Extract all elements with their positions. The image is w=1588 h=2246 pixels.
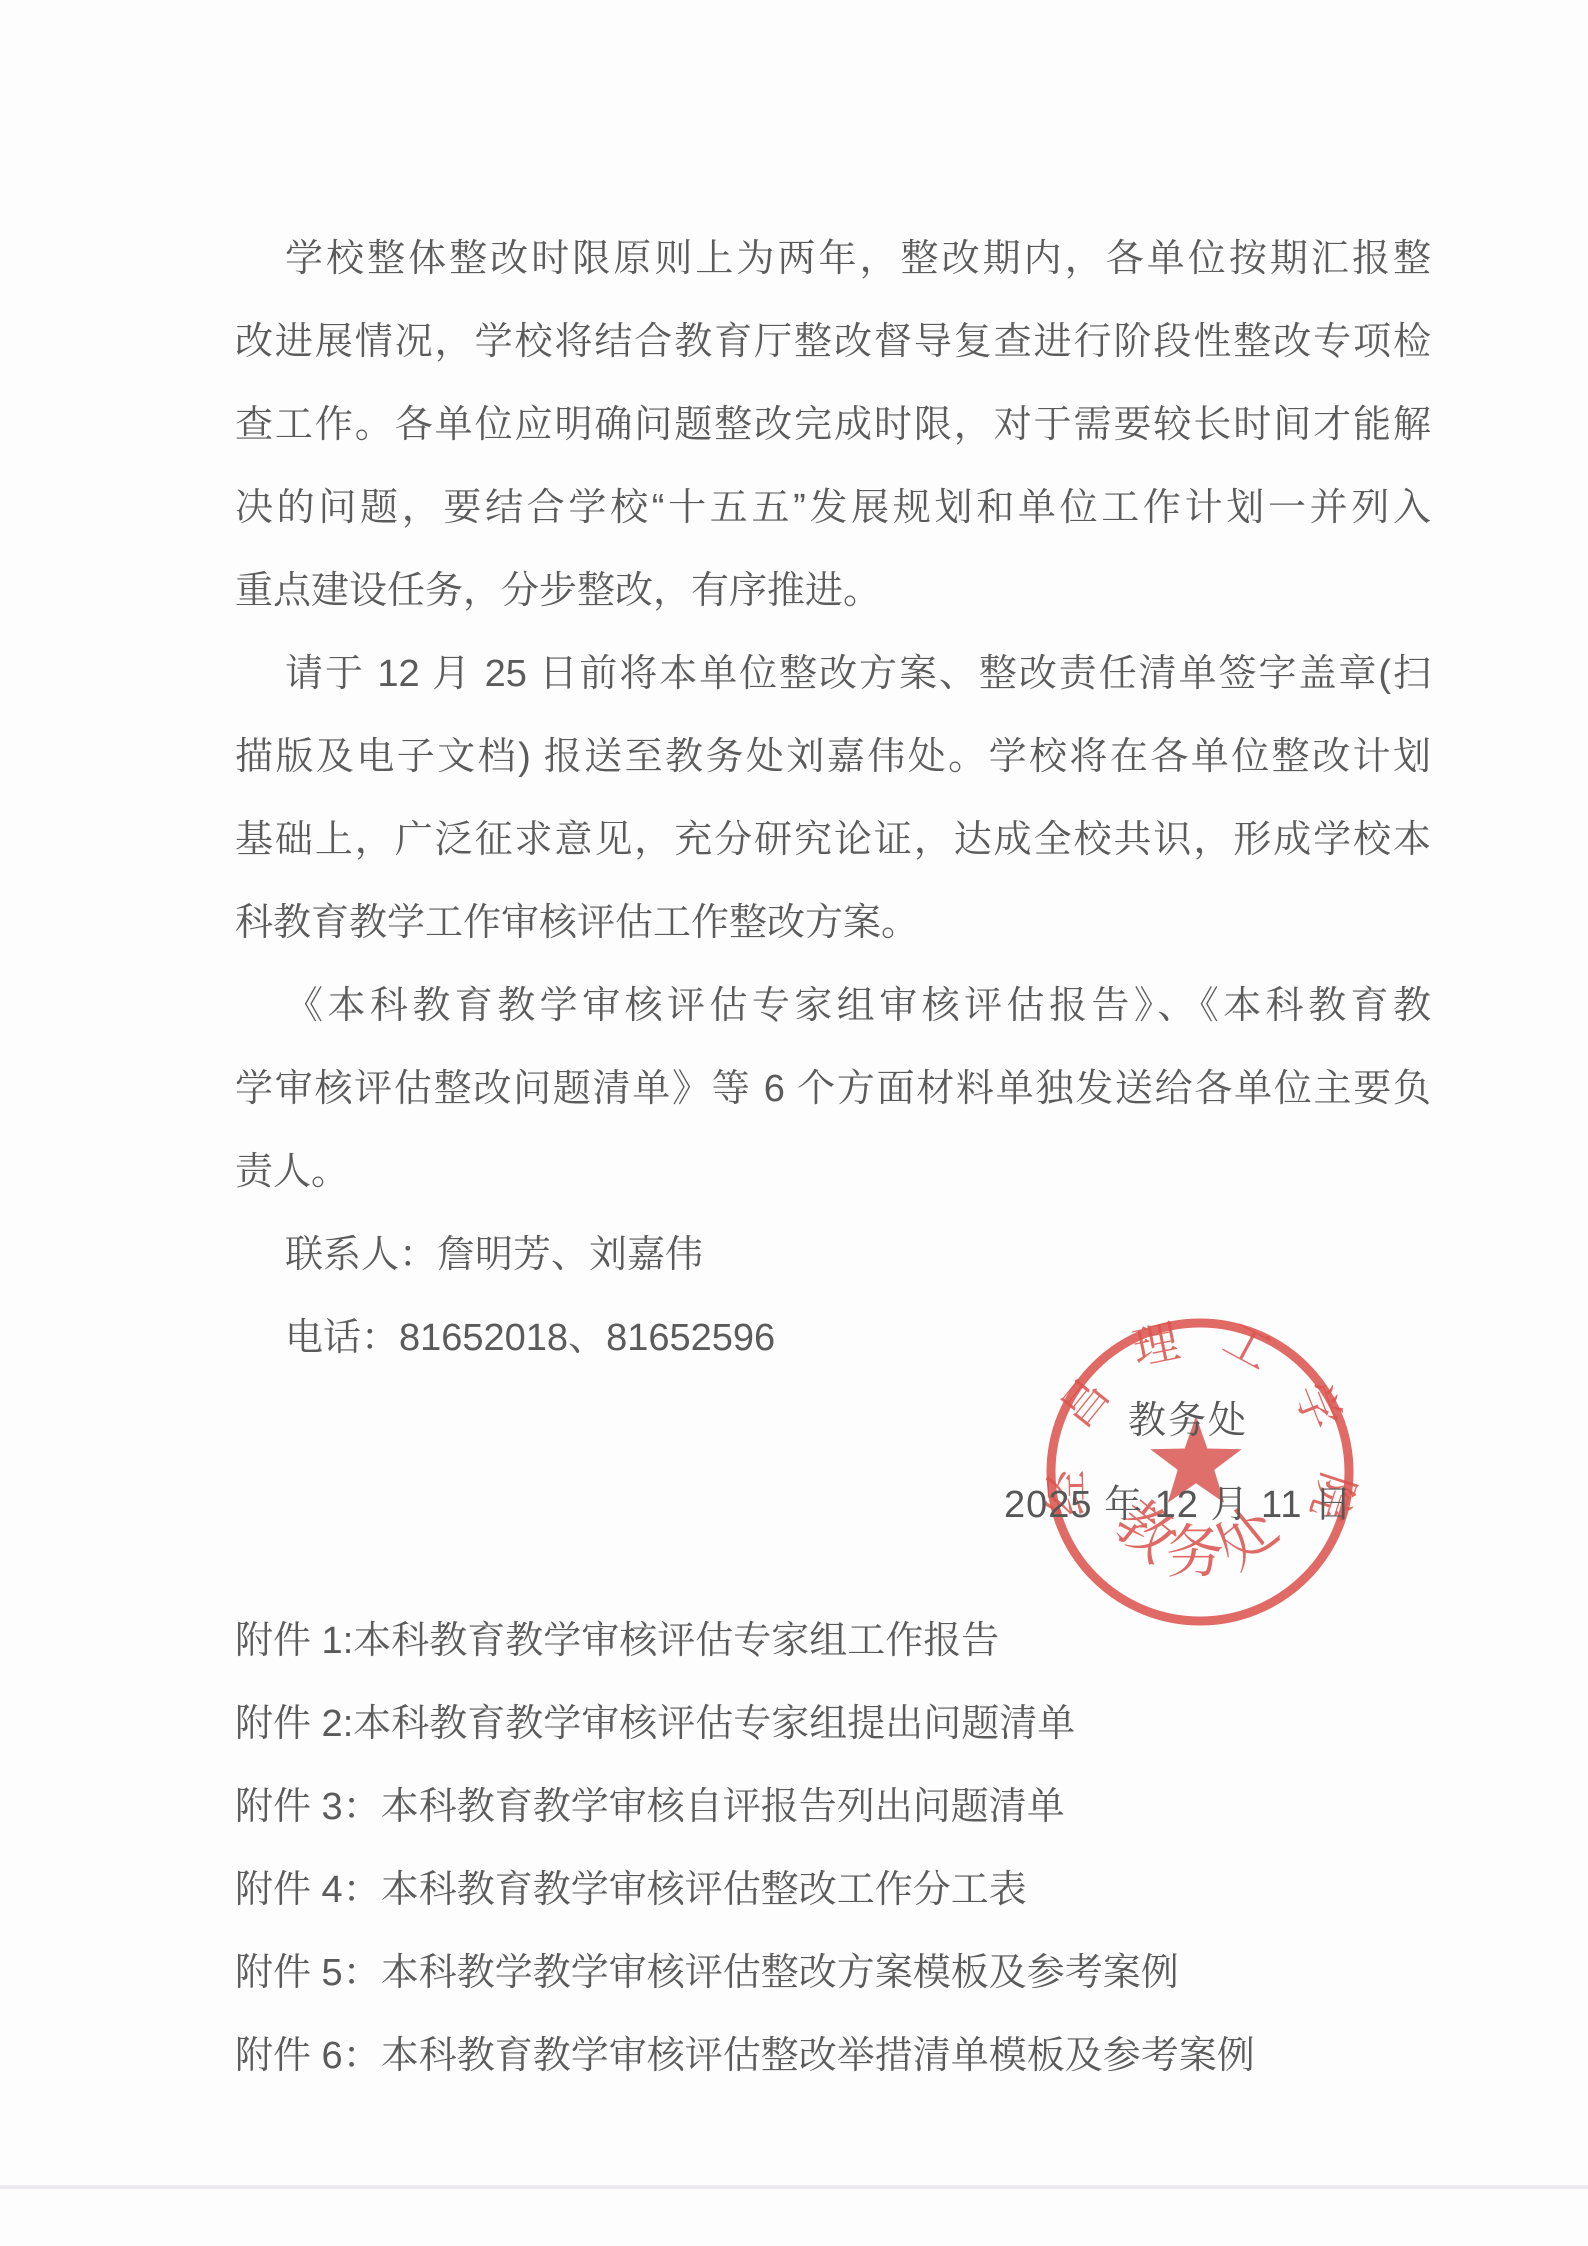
body-text-line: 查工作。各单位应明确问题整改完成时限，对于需要较长时间才能解 <box>235 384 1431 467</box>
scanned-document-page: 学校整体整改时限原则上为两年，整改期内，各单位按期汇报整 改进展情况，学校将结合… <box>0 0 1588 2246</box>
attachment-item: 附件 4：本科教育教学审核评估整改工作分工表 <box>235 1849 1495 1932</box>
body-text-line: 科教育教学工作审核评估工作整改方案。 <box>235 882 1431 965</box>
attachment-item: 附件 2:本科教育教学审核评估专家组提出问题清单 <box>235 1683 1495 1766</box>
body-text-line: 描版及电子文档) 报送至教务处刘嘉伟处。学校将在各单位整改计划 <box>235 716 1431 799</box>
body-text-line: 责人。 <box>235 1131 1431 1214</box>
body-text-line: 联系人：詹明芳、刘嘉伟 <box>235 1214 1431 1297</box>
body-text-line: 重点建设任务，分步整改，有序推进。 <box>235 550 1431 633</box>
attachment-list: 附件 1:本科教育教学审核评估专家组工作报告 附件 2:本科教育教学审核评估专家… <box>235 1600 1495 2098</box>
document-body: 学校整体整改时限原则上为两年，整改期内，各单位按期汇报整 改进展情况，学校将结合… <box>235 218 1431 1380</box>
body-text-line: 请于 12 月 25 日前将本单位整改方案、整改责任清单签字盖章(扫 <box>235 633 1431 716</box>
signature-department: 教务处 <box>1128 1402 1248 1440</box>
body-text-line: 学校整体整改时限原则上为两年，整改期内，各单位按期汇报整 <box>235 218 1431 301</box>
body-text-line: 决的问题，要结合学校“十五五”发展规划和单位工作计划一并列入 <box>235 467 1431 550</box>
body-text-line: 学审核评估整改问题清单》等 6 个方面材料单独发送给各单位主要负 <box>235 1048 1431 1131</box>
body-text-line: 基础上，广泛征求意见，充分研究论证，达成全校共识，形成学校本 <box>235 799 1431 882</box>
attachment-item: 附件 5：本科教学教学审核评估整改方案模板及参考案例 <box>235 1932 1495 2015</box>
attachment-item: 附件 3：本科教育教学审核自评报告列出问题清单 <box>235 1766 1495 1849</box>
scan-artifact-line <box>0 2185 1588 2189</box>
signature-date: 2025 年 12 月 11 日 <box>1004 1486 1353 1524</box>
attachment-item: 附件 6：本科教育教学审核评估整改举措清单模板及参考案例 <box>235 2015 1495 2098</box>
official-seal: 经昌理工学院 教务处 <box>1038 1310 1362 1634</box>
body-text-line: 改进展情况，学校将结合教育厅整改督导复查进行阶段性整改专项检 <box>235 301 1431 384</box>
body-text-line: 《本科教育教学审核评估专家组审核评估报告》、《本科教育教 <box>235 965 1431 1048</box>
